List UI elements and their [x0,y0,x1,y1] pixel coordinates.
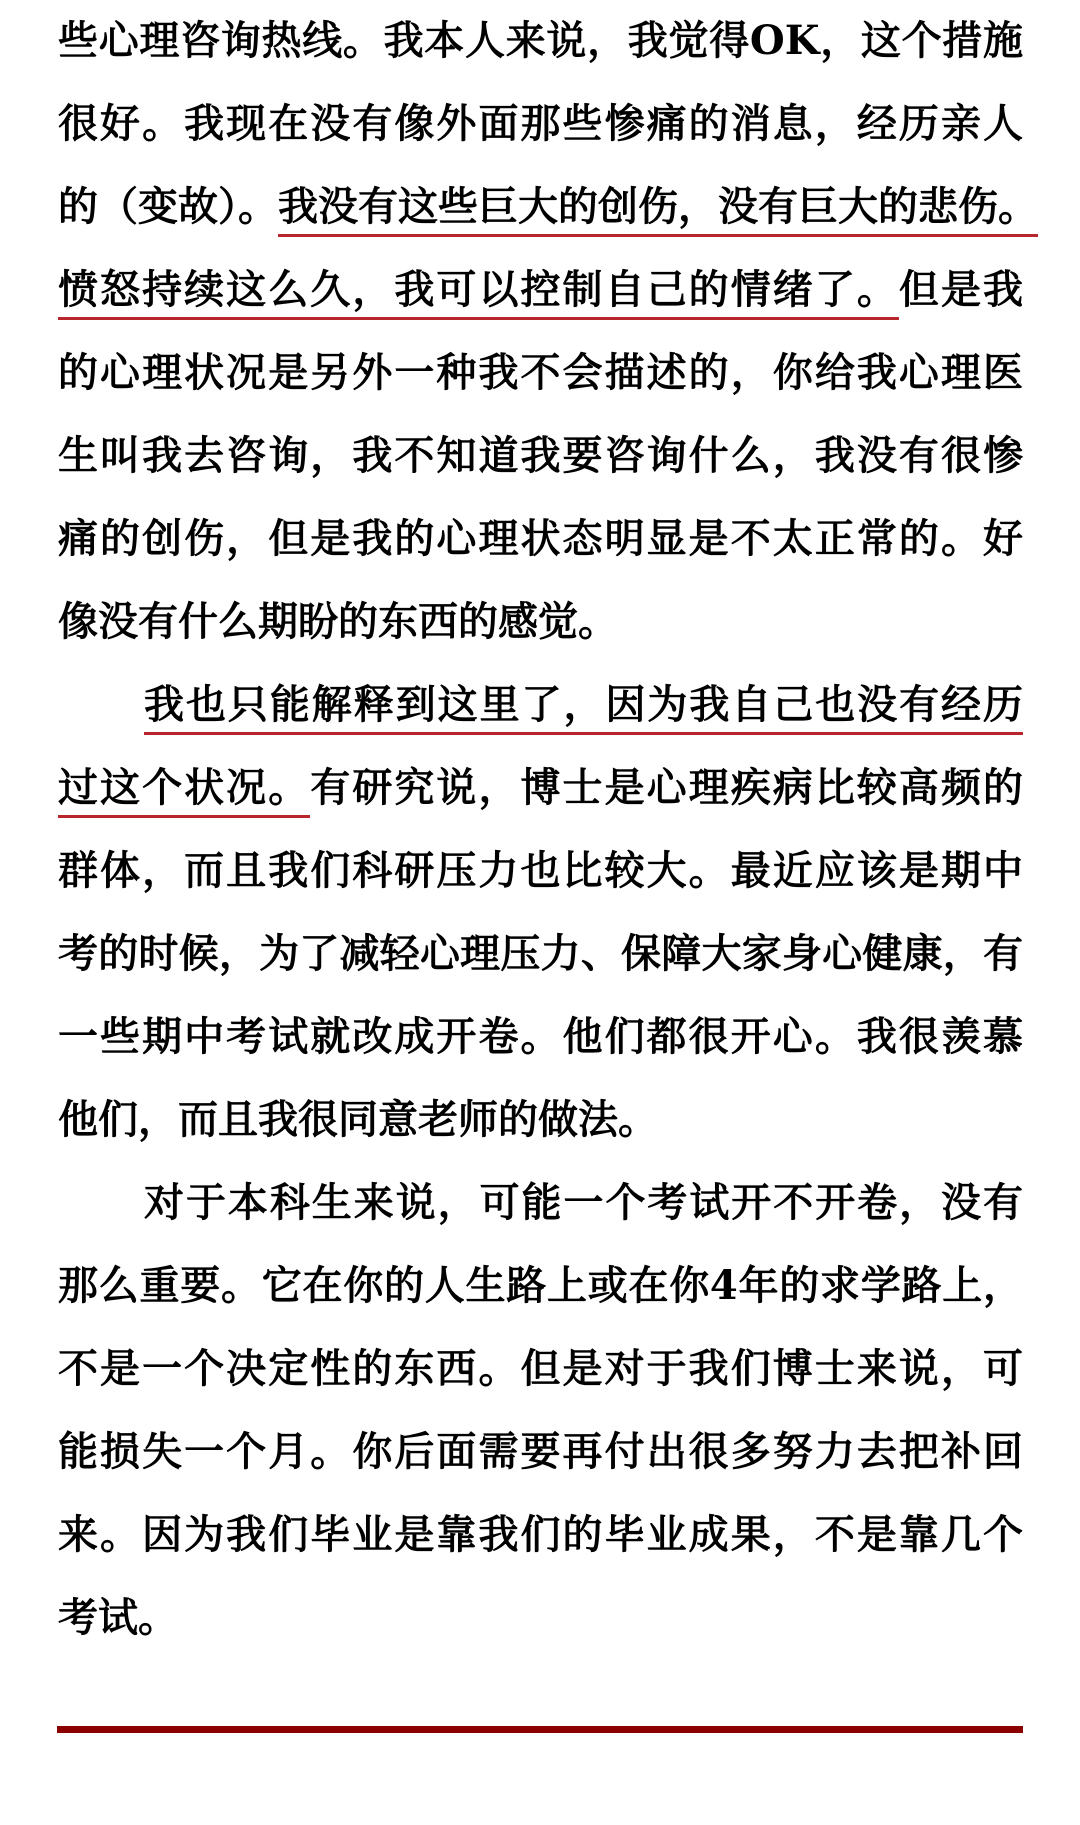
text-segment: 有研究说，博士是心理疾病比较高频的 [310,764,1023,811]
text-line: 对于本科生来说，可能一个考试开不开卷，没有 [144,1178,1023,1238]
text-segment: 考的时候，为了减轻心理压力、保障大家身心健康，有 [58,930,1023,977]
text-segment: 能损失一个月。你后面需要再付出很多努力去把补回 [58,1428,1023,1475]
highlighted-quote: 我也只能解释到这里了，因为我自己也没有经历 [144,681,1023,735]
text-segment: 考试。 [58,1594,178,1641]
text-segment: 群体，而且我们科研压力也比较大。最近应该是期中 [58,847,1023,894]
text-line: 很好。我现在没有像外面那些惨痛的消息，经历亲人 [58,99,1023,159]
highlighted-quote: 我没有这些巨大的创伤，没有巨大的悲伤。 [278,183,1038,237]
highlighted-quote: 愤怒持续这么久，我可以控制自己的情绪了。 [58,266,899,320]
text-segment: 像没有什么期盼的东西的感觉。 [58,598,618,645]
text-line: 像没有什么期盼的东西的感觉。 [58,597,1023,657]
text-segment: 生叫我去咨询，我不知道我要咨询什么，我没有很惨 [58,432,1023,479]
text-segment: 些心理咨询热线。我本人来说，我觉得OK，这个措施 [58,17,1023,64]
text-line: 生叫我去咨询，我不知道我要咨询什么，我没有很惨 [58,431,1023,491]
text-segment: 他们，而且我很同意老师的做法。 [58,1096,658,1143]
text-line: 的心理状况是另外一种我不会描述的，你给我心理医 [58,348,1023,408]
text-line: 考试。 [58,1593,1023,1653]
text-segment: 对于本科生来说，可能一个考试开不开卷，没有 [144,1179,1023,1226]
text-segment: 来。因为我们毕业是靠我们的毕业成果，不是靠几个 [58,1511,1023,1558]
text-line: 我也只能解释到这里了，因为我自己也没有经历 [144,680,1023,740]
text-line: 过这个状况。有研究说，博士是心理疾病比较高频的 [58,763,1023,823]
text-segment: 一些期中考试就改成开卷。他们都很开心。我很羡慕 [58,1013,1023,1060]
text-line: 考的时候，为了减轻心理压力、保障大家身心健康，有 [58,929,1023,989]
text-segment: 很好。我现在没有像外面那些惨痛的消息，经历亲人 [58,100,1023,147]
text-line: 愤怒持续这么久，我可以控制自己的情绪了。但是我 [58,265,1023,325]
text-line: 那么重要。它在你的人生路上或在你4年的求学路上， [58,1261,1023,1321]
text-line: 来。因为我们毕业是靠我们的毕业成果，不是靠几个 [58,1510,1023,1570]
text-line: 一些期中考试就改成开卷。他们都很开心。我很羡慕 [58,1012,1023,1072]
text-line: 群体，而且我们科研压力也比较大。最近应该是期中 [58,846,1023,906]
text-line: 他们，而且我很同意老师的做法。 [58,1095,1023,1155]
text-line: 些心理咨询热线。我本人来说，我觉得OK，这个措施 [58,16,1023,76]
text-segment: 但是我 [899,266,1023,313]
section-end-divider [57,1726,1023,1733]
text-line: 的（变故）。我没有这些巨大的创伤，没有巨大的悲伤。 [58,182,1023,242]
text-segment: 的（变故）。 [58,183,278,230]
highlighted-quote: 过这个状况。 [58,764,310,818]
text-line: 不是一个决定性的东西。但是对于我们博士来说，可 [58,1344,1023,1404]
text-segment: 的心理状况是另外一种我不会描述的，你给我心理医 [58,349,1023,396]
text-segment: 那么重要。它在你的人生路上或在你4年的求学路上， [58,1262,1023,1309]
text-line: 痛的创伤，但是我的心理状态明显是不太正常的。好 [58,514,1023,574]
text-line: 能损失一个月。你后面需要再付出很多努力去把补回 [58,1427,1023,1487]
text-segment: 不是一个决定性的东西。但是对于我们博士来说，可 [58,1345,1023,1392]
text-segment: 痛的创伤，但是我的心理状态明显是不太正常的。好 [58,515,1023,562]
